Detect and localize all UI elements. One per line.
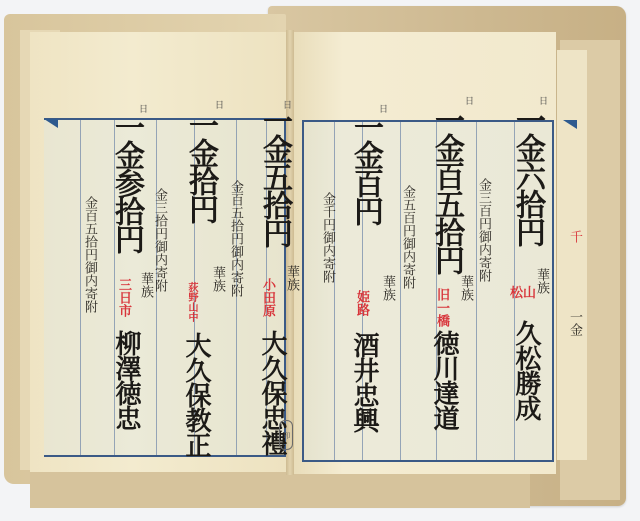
gutter-seal-stamp: 印 — [279, 420, 293, 450]
domain-red: 小田原 — [258, 278, 277, 317]
rank: 華族 — [208, 266, 227, 292]
donor-name: 大久保教正 — [178, 332, 215, 457]
domain-red: 荻野山中 — [184, 282, 199, 322]
breakdown: 金百五拾円御内寄附 — [226, 180, 245, 297]
amount: 一金参拾円 — [104, 112, 148, 252]
amount: 一金六拾円 — [505, 105, 549, 245]
rank: 華族 — [378, 275, 397, 301]
breakdown: 金千円御内寄附 — [318, 192, 337, 283]
day-mark: 日 — [212, 100, 225, 109]
amount: 一金拾円 — [178, 110, 222, 222]
breakdown: 金百五拾円御内寄附 — [80, 196, 99, 313]
rank: 華族 — [136, 272, 155, 298]
donor-name: 酒井忠興 — [346, 332, 383, 432]
blue-corner-tab — [563, 120, 577, 129]
edge-red-text: 千 — [565, 230, 584, 243]
breakdown: 金五百円御内寄附 — [398, 185, 417, 289]
breakdown: 金三百円御内寄附 — [474, 178, 493, 282]
lower-page-stack — [30, 470, 530, 508]
edge-text: 一金 — [565, 310, 584, 336]
domain-red: 姫路 — [352, 290, 371, 316]
day-mark: 日 — [536, 96, 549, 105]
amount: 一金五拾円 — [252, 106, 296, 246]
donor-name: 柳澤徳忠 — [108, 330, 145, 430]
edge-page-right: 千 一金 — [556, 50, 587, 460]
donor-name: 久松勝成 — [508, 320, 545, 420]
domain-red: 旧一橋 — [432, 288, 451, 327]
rank: 華族 — [282, 265, 301, 291]
day-mark: 日 — [462, 96, 475, 105]
domain-red: 松山 — [510, 282, 536, 301]
domain-red: 三日市 — [114, 278, 133, 317]
amount: 一金百円 — [343, 112, 387, 224]
donor-name: 徳川達道 — [426, 330, 463, 430]
rank: 華族 — [456, 275, 475, 301]
amount: 一金百五拾円 — [424, 105, 468, 273]
